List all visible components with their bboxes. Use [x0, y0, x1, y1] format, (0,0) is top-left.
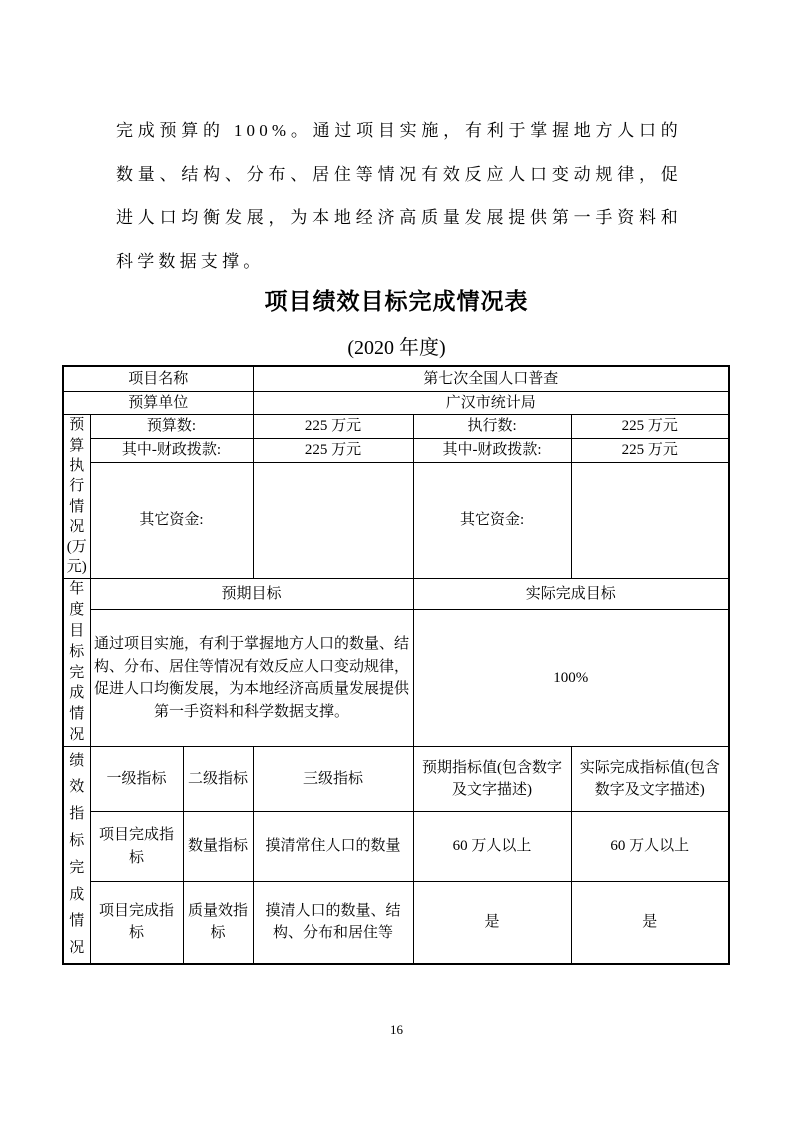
- expected-goal-text: 通过项目实施，有利于掌握地方人口的数量、结构、分布、居住等情况有效反应人口变动规…: [90, 610, 413, 747]
- header-level2-indicator: 二级指标: [183, 747, 253, 812]
- table-row: 年 度 目 标 完 成 情 况 预期目标 实际完成目标: [63, 579, 729, 610]
- budget-section-label: 预 算 执 行 情 况 (万 元): [63, 415, 90, 579]
- document-page: 完成预算的 100%。通过项目实施，有利于掌握地方人口的数量、结构、分布、居住等…: [0, 0, 793, 1122]
- exec-num-value: 225 万元: [571, 415, 729, 439]
- indicator-level3: 摸清人口的数量、结构、分布和居住等: [253, 882, 413, 964]
- fiscal-right-label: 其中-财政拨款:: [413, 439, 571, 463]
- annual-goal-section-label: 年 度 目 标 完 成 情 况: [63, 579, 90, 747]
- indicator-row: 项目完成指标 质量效指标 摸清人口的数量、结构、分布和居住等 是 是: [63, 882, 729, 964]
- indicator-level2: 质量效指标: [183, 882, 253, 964]
- other-funds-right-value: [571, 463, 729, 579]
- header-expected-indicator-value: 预期指标值(包含数字及文字描述): [413, 747, 571, 812]
- indicator-row: 项目完成指标 数量指标 摸清常住人口的数量 60 万人以上 60 万人以上: [63, 812, 729, 882]
- fiscal-left-label: 其中-财政拨款:: [90, 439, 253, 463]
- indicator-actual-value: 60 万人以上: [571, 812, 729, 882]
- indicator-level1: 项目完成指标: [90, 812, 183, 882]
- actual-goal-header: 实际完成目标: [413, 579, 729, 610]
- exec-num-label: 执行数:: [413, 415, 571, 439]
- indicator-level1: 项目完成指标: [90, 882, 183, 964]
- other-funds-right-label: 其它资金:: [413, 463, 571, 579]
- budget-unit-label: 预算单位: [63, 391, 253, 415]
- fiscal-left-value: 225 万元: [253, 439, 413, 463]
- indicator-actual-value: 是: [571, 882, 729, 964]
- perf-indicator-section-label: 绩 效 指 标 完 成 情 况: [63, 747, 90, 964]
- indicator-header-row: 绩 效 指 标 完 成 情 况 一级指标 二级指标 三级指标 预期指标值(包含数…: [63, 747, 729, 812]
- table-row: 项目名称 第七次全国人口普查: [63, 366, 729, 391]
- project-name-label: 项目名称: [63, 366, 253, 391]
- page-number: 16: [0, 1022, 793, 1038]
- page-subtitle: (2020 年度): [0, 331, 793, 360]
- page-title: 项目绩效目标完成情况表: [0, 283, 793, 316]
- table-row: 其它资金: 其它资金:: [63, 463, 729, 579]
- indicator-level3: 摸清常住人口的数量: [253, 812, 413, 882]
- budget-num-label: 预算数:: [90, 415, 253, 439]
- other-funds-left-label: 其它资金:: [90, 463, 253, 579]
- expected-goal-header: 预期目标: [90, 579, 413, 610]
- actual-goal-value: 100%: [413, 610, 729, 747]
- fiscal-right-value: 225 万元: [571, 439, 729, 463]
- performance-target-table: 项目名称 第七次全国人口普查 预算单位 广汉市统计局 预 算 执 行 情 况 (…: [62, 365, 730, 965]
- table-row: 预 算 执 行 情 况 (万 元) 预算数: 225 万元 执行数: 225 万…: [63, 415, 729, 439]
- indicator-expected-value: 是: [413, 882, 571, 964]
- indicator-level2: 数量指标: [183, 812, 253, 882]
- header-level1-indicator: 一级指标: [90, 747, 183, 812]
- table-row: 其中-财政拨款: 225 万元 其中-财政拨款: 225 万元: [63, 439, 729, 463]
- header-level3-indicator: 三级指标: [253, 747, 413, 812]
- project-name-value: 第七次全国人口普查: [253, 366, 729, 391]
- budget-unit-value: 广汉市统计局: [253, 391, 729, 415]
- header-actual-indicator-value: 实际完成指标值(包含数字及文字描述): [571, 747, 729, 812]
- table-row: 通过项目实施，有利于掌握地方人口的数量、结构、分布、居住等情况有效反应人口变动规…: [63, 610, 729, 747]
- table-row: 预算单位 广汉市统计局: [63, 391, 729, 415]
- other-funds-left-value: [253, 463, 413, 579]
- budget-num-value: 225 万元: [253, 415, 413, 439]
- intro-paragraph: 完成预算的 100%。通过项目实施，有利于掌握地方人口的数量、结构、分布、居住等…: [116, 109, 682, 283]
- indicator-expected-value: 60 万人以上: [413, 812, 571, 882]
